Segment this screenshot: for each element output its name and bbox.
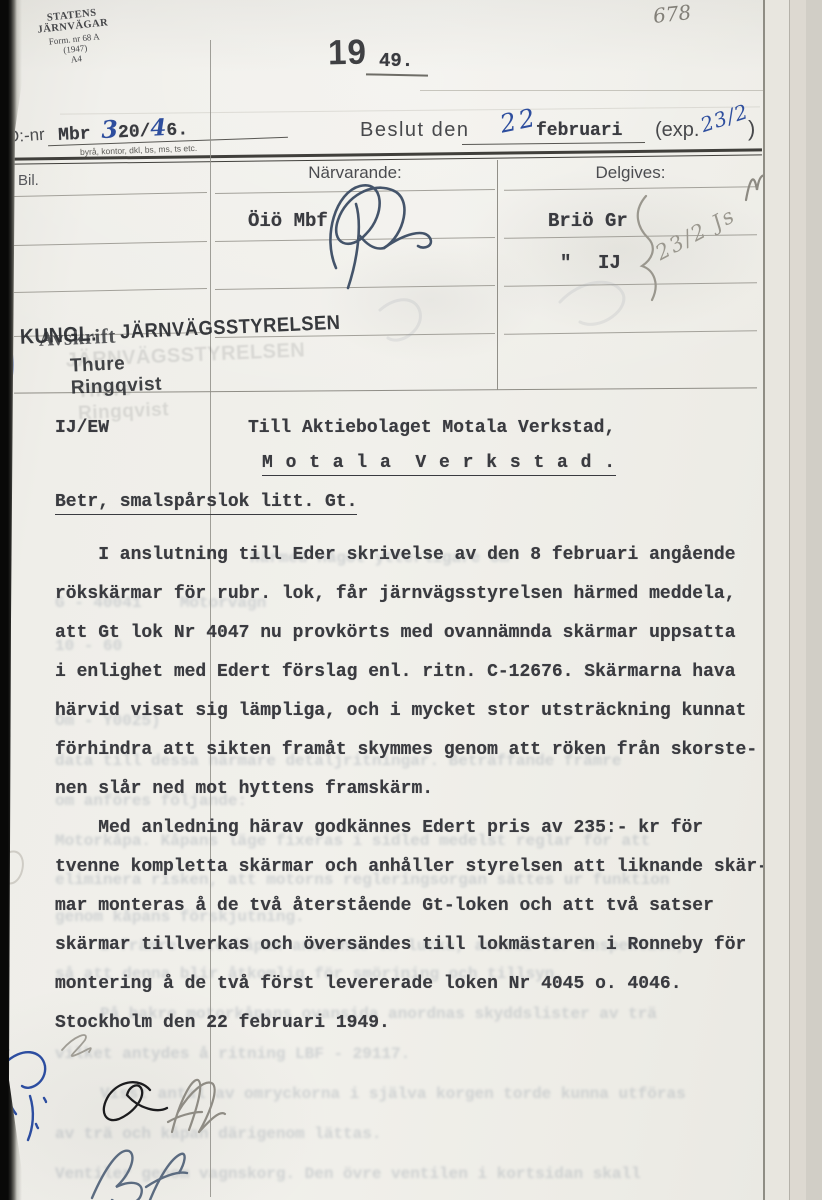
scanned-page: Härmed något ytterligare omG - 40041 Mot… — [0, 0, 822, 1200]
subject-line: Betr, smalspårslok litt. Gt. — [55, 492, 357, 515]
letter-line: Stockholm den 22 februari 1949. — [55, 1013, 390, 1033]
exp-label: (exp. — [655, 119, 699, 142]
narvarande-signature — [330, 185, 430, 288]
page-stack-edge — [790, 0, 807, 1200]
dnr-hand-digit-2: 4 — [150, 114, 167, 142]
letter-line: härvid visat sig lämpliga, och i mycket … — [55, 701, 746, 721]
addressee-line-1: Till Aktiebolaget Motala Verkstad, — [248, 418, 615, 438]
page-stack-edge — [806, 0, 822, 1200]
ruled-line — [504, 282, 757, 287]
bleed-line: Visst antal av omryckorna i själva korge… — [100, 1085, 686, 1103]
narvarande-delgives-divider — [497, 160, 498, 390]
beslut-underline — [462, 142, 645, 145]
letter-ref: IJ/EW — [55, 418, 109, 438]
ruled-line — [14, 192, 207, 197]
delgives-entry-2: IJ — [598, 252, 621, 274]
exp-value-hand: 23/2 — [697, 99, 751, 137]
ruled-line — [504, 186, 757, 191]
beslut-label: Beslut den — [360, 119, 470, 142]
addressee-line-2: M o t a l a V e r k s t a d . — [262, 453, 616, 476]
stamp-name: JÄRNVÄGSSTYRELSEN — [120, 312, 341, 345]
dnr-hand-digit-1: 3 — [101, 114, 119, 144]
letter-line: i enlighet med Edert förslag enl. ritn. … — [55, 662, 736, 682]
narvarande-entry: Öiö Mbf — [248, 210, 328, 232]
page-right-edge — [763, 0, 765, 1200]
stamp-kungl: KUNGL. — [20, 322, 98, 349]
letter-line: Med anledning härav godkännes Edert pris… — [55, 818, 703, 838]
delgives-entry-1: Briö Gr — [548, 210, 628, 232]
bil-label: Bil. — [18, 172, 39, 189]
letter-line: tvenne kompletta skärmar och anhåller st… — [55, 857, 768, 877]
page-stack-edge — [765, 0, 790, 1200]
narvarande-title: Närvarande: — [214, 163, 496, 183]
delgives-title: Delgives: — [504, 163, 757, 183]
dnr-typed-mid: 20/ — [118, 122, 151, 143]
bleed-line: vilket antydes å ritning LBF - 29117. — [55, 1045, 410, 1063]
dnr-typed-suffix: 6. — [166, 120, 188, 141]
letter-line: rökskärmar för rubr. lok, får järnvägsst… — [55, 584, 736, 604]
ruled-line — [215, 237, 495, 242]
page-number-pencil: 678 — [652, 0, 692, 28]
bleed-line: av trä och kåpan därigenom lättas. — [55, 1125, 381, 1143]
signature-ghost — [380, 282, 624, 340]
year-printed: 19 — [328, 33, 368, 74]
letter-line: att Gt lok Nr 4047 nu provkörts med ovan… — [55, 623, 736, 643]
letter-line: skärmar tillverkas och översändes till l… — [55, 935, 746, 955]
ruled-line — [14, 288, 207, 293]
ruled-line — [14, 241, 207, 246]
letter-line: nen slår ned mot hyttens framskärm. — [55, 779, 433, 799]
beslut-month-typed: februari — [536, 121, 622, 141]
delgives-entry-2-ditto: " — [560, 252, 571, 274]
page-top-edge — [420, 90, 763, 91]
ruled-line — [215, 189, 495, 194]
letter-line: montering å de två först levererade loke… — [55, 974, 682, 994]
year-underline — [366, 73, 428, 76]
letter-line: förhindra att sikten framåt skymmes geno… — [55, 740, 757, 760]
beslut-day-hand: 22 — [497, 102, 540, 138]
letter-line: mar monteras å de två återstående Gt-lok… — [55, 896, 714, 916]
year-typed: 49. — [379, 50, 413, 72]
bleed-line: Ventiler genom vagnskorg. Den övre venti… — [55, 1165, 641, 1183]
ruled-line — [504, 330, 757, 335]
letter-line: I anslutning till Eder skrivelse av den … — [55, 545, 736, 565]
ruled-line — [215, 285, 495, 290]
exp-close: ) — [748, 116, 755, 142]
